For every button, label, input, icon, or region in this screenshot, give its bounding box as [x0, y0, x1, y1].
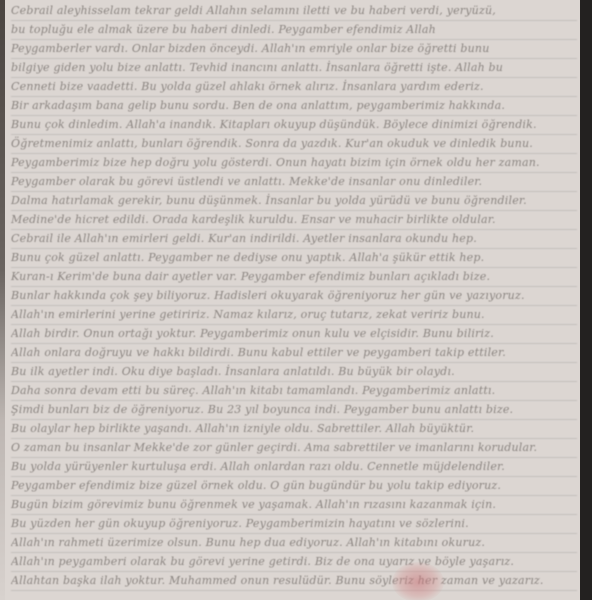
text-line: Dalma hatırlamak gerekir, bunu düşünmek.…: [11, 192, 577, 211]
text-line: bu topluğu ele almak üzere bu haberi din…: [11, 21, 577, 40]
text-line: Medine'de hicret edildi. Orada kardeşlik…: [11, 211, 577, 230]
text-line: Allahtan başka ilah yoktur. Muhammed onu…: [11, 572, 577, 591]
text-line: Bugün bizim görevimiz bunu öğrenmek ve y…: [11, 496, 577, 515]
text-line: Bir arkadaşım bana gelip bunu sordu. Ben…: [11, 97, 577, 116]
text-line: Cebrail aleyhisselam tekrar geldi Allahı…: [11, 2, 577, 21]
text-line: Allah'ın emirlerini yerine getiririz. Na…: [11, 306, 577, 325]
text-line: Bu yüzden her gün okuyup öğreniyoruz. Pe…: [11, 515, 577, 534]
text-line: Cenneti bize vaadetti. Bu yolda güzel ah…: [11, 78, 577, 97]
red-ink-stamp: [392, 562, 444, 600]
text-line: Peygamber efendimiz bize güzel örnek old…: [11, 477, 577, 496]
text-line: Daha sonra devam etti bu süreç. Allah'ın…: [11, 382, 577, 401]
text-line: Bunu çok güzel anlattı. Peygamber ne ded…: [11, 249, 577, 268]
text-line: Kuran-ı Kerim'de buna dair ayetler var. …: [11, 268, 577, 287]
text-line: Peygamber olarak bu görevi üstlendi ve a…: [11, 173, 577, 192]
text-line: Bunu çok dinledim. Allah'a inandık. Kita…: [11, 116, 577, 135]
text-line: Allah'ın peygamberi olarak bu görevi yer…: [11, 553, 577, 572]
text-line: Bunlar hakkında çok şey biliyoruz. Hadis…: [11, 287, 577, 306]
text-line: Allah'ın rahmeti üzerimize olsun. Bunu h…: [11, 534, 577, 553]
text-line: Şimdi bunları biz de öğreniyoruz. Bu 23 …: [11, 401, 577, 420]
background-edge: [580, 0, 592, 600]
text-line: Allah onlara doğruyu ve hakkı bildirdi. …: [11, 344, 577, 363]
text-line: Öğretmenimiz anlattı, bunları öğrendik. …: [11, 135, 577, 154]
text-line: O zaman bu insanlar Mekke'de zor günler …: [11, 439, 577, 458]
text-line: bilgiye giden yolu bize anlattı. Tevhid …: [11, 59, 577, 78]
text-line: Allah birdir. Onun ortağı yoktur. Peygam…: [11, 325, 577, 344]
text-line: Peygamberler vardı. Onlar bizden önceydi…: [11, 40, 577, 59]
text-line: Bu olaylar hep birlikte yaşandı. Allah'ı…: [11, 420, 577, 439]
text-line: Bu ilk ayetler indi. Oku diye başladı. İ…: [11, 363, 577, 382]
handwritten-page: Cebrail aleyhisselam tekrar geldi Allahı…: [5, 0, 580, 600]
text-line: Peygamberimiz bize hep doğru yolu göster…: [11, 154, 577, 173]
text-line: Cebrail ile Allah'ın emirleri geldi. Kur…: [11, 230, 577, 249]
text-line: Bu yolda yürüyenler kurtuluşa erdi. Alla…: [11, 458, 577, 477]
handwritten-text-lines: Cebrail aleyhisselam tekrar geldi Allahı…: [11, 2, 577, 591]
